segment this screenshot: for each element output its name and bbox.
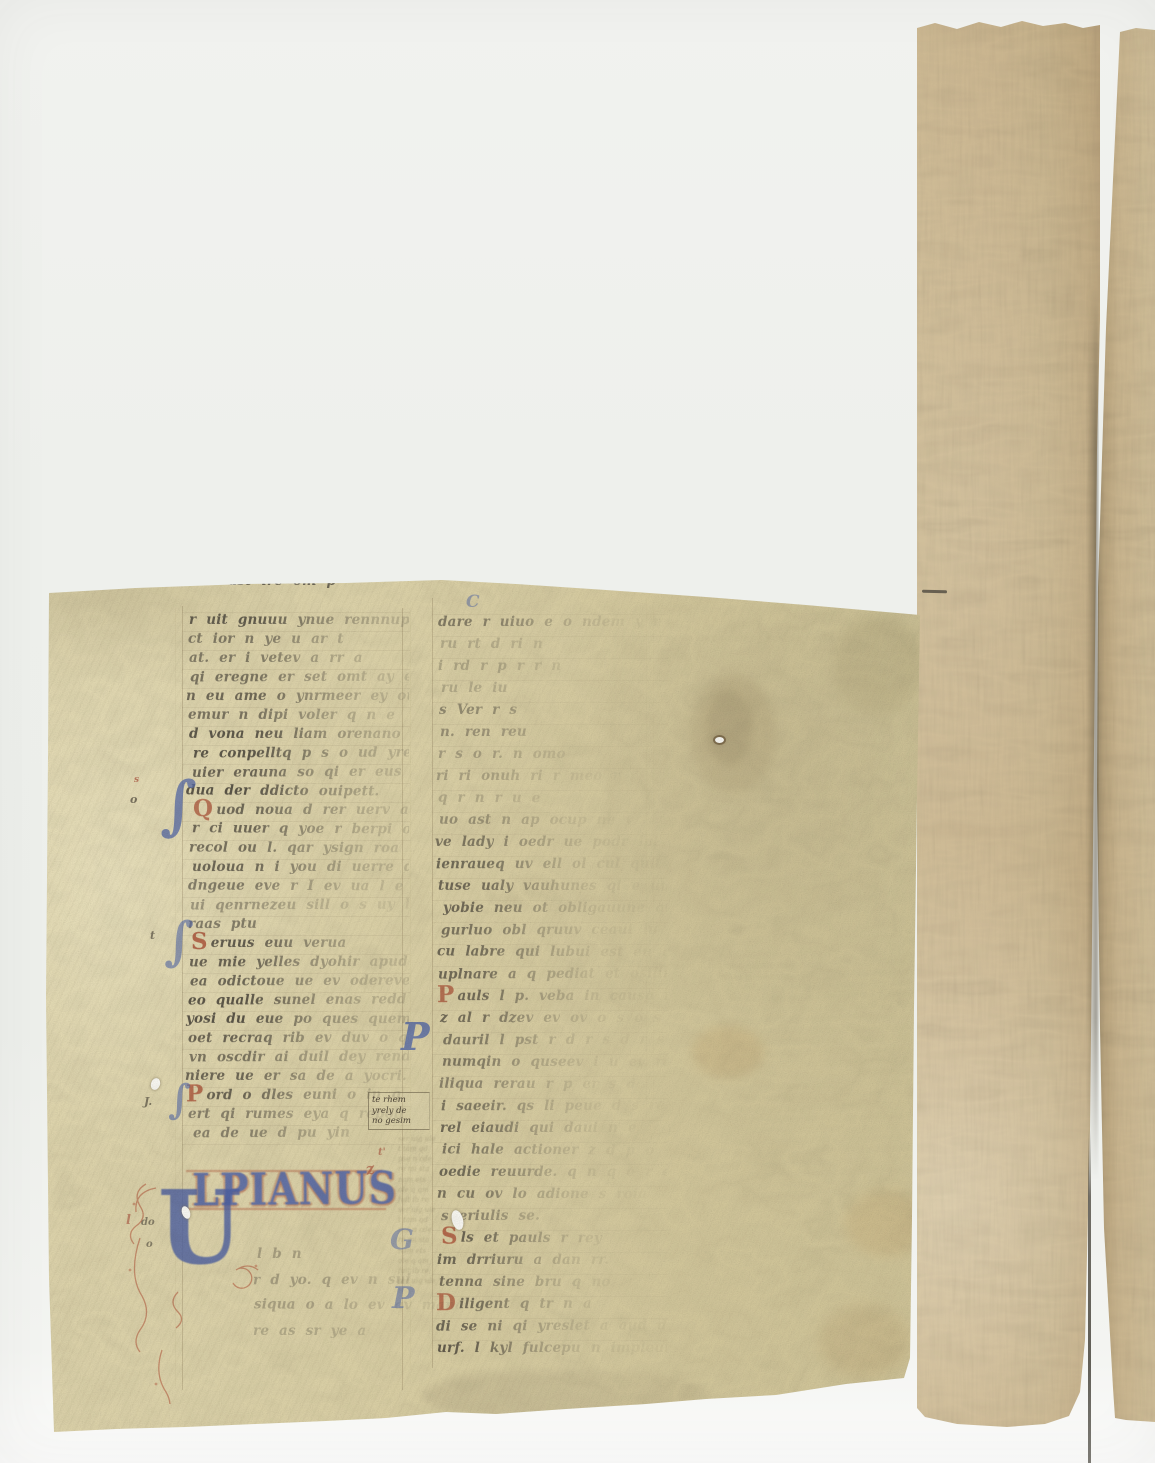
gutter-crease-shadow (1086, 280, 1099, 1180)
photo-canvas: nam ets ole q qm fuit ib re ser uig ule … (0, 0, 1155, 1463)
parchment-hole (149, 1077, 162, 1091)
paper-grain-texture (917, 20, 1100, 1430)
paper-fiber-texture (917, 20, 1100, 1430)
parchment-hole (180, 1205, 192, 1220)
parchment-leaf: nam ets ole q qm fuit ib re ser uig ule … (46, 578, 920, 1432)
paper-grain-texture (1096, 28, 1155, 1424)
parchment-holes-layer (46, 578, 920, 1432)
paper-fiber-texture (1096, 28, 1155, 1424)
album-guard-paper-right (1096, 28, 1155, 1424)
ink-dash-on-guard (922, 590, 947, 594)
parchment-hole (450, 1209, 466, 1231)
gutter-edge-line (1088, 1130, 1091, 1463)
parchment-hole (715, 737, 724, 743)
album-guard-paper-left (917, 20, 1100, 1430)
